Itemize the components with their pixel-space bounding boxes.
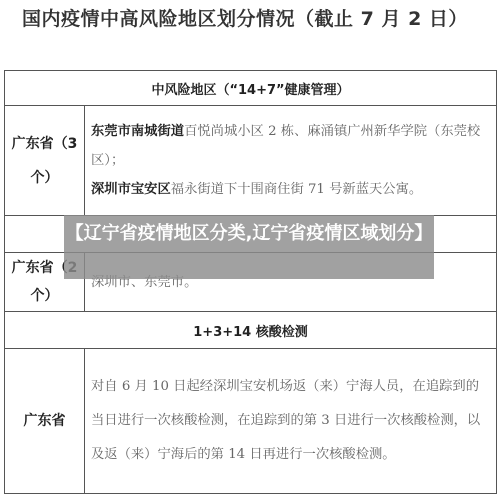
province-label: 广东省 [24,413,66,429]
section-header: 中风险地区（“14+7”健康管理） [5,71,497,106]
risk-area-table: 中风险地区（“14+7”健康管理） 广东省（3个） 东莞市南城街道百悦尚城小区 … [4,70,497,494]
area-cell: 对自 6 月 10 日起经深圳宝安机场返（来）宁海人员，在追踪到的当日进行一次核… [85,349,497,494]
page-title: 国内疫情中高风险地区划分情况（截止 7 月 2 日） [22,4,468,31]
section-header-row: 中风险地区（“14+7”健康管理） [5,71,497,106]
area-district: 东莞市南城街道 [91,124,184,139]
province-cell: 广东省（3个） [5,106,85,216]
area-detail: 福永街道下十围商住街 71 号新蓝天公寓。 [171,182,422,197]
section-header: 1+3+14 核酸检测 [5,312,497,349]
section-header-row: 1+3+14 核酸检测 [5,312,497,349]
area-line: 对自 6 月 10 日起经深圳宝安机场返（来）宁海人员，在追踪到的当日进行一次核… [91,370,490,472]
table-row: 广东省（3个） 东莞市南城街道百悦尚城小区 2 栋、麻涌镇广州新华学院（东莞校区… [5,106,497,216]
province-label: 广东省（3个） [12,136,78,186]
area-line: 深圳市宝安区福永街道下十围商住街 71 号新蓝天公寓。 [91,175,490,204]
caption-overlay: 【辽宁省疫情地区分类,辽宁省疫情区域划分】 [64,215,434,279]
table-row: 广东省 对自 6 月 10 日起经深圳宝安机场返（来）宁海人员，在追踪到的当日进… [5,349,497,494]
area-district: 深圳市宝安区 [91,182,171,197]
area-line: 东莞市南城街道百悦尚城小区 2 栋、麻涌镇广州新华学院（东莞校区）； [91,117,490,175]
area-detail: 对自 6 月 10 日起经深圳宝安机场返（来）宁海人员，在追踪到的当日进行一次核… [91,379,480,462]
province-cell: 广东省 [5,349,85,494]
area-cell: 东莞市南城街道百悦尚城小区 2 栋、麻涌镇广州新华学院（东莞校区）； 深圳市宝安… [85,106,497,216]
